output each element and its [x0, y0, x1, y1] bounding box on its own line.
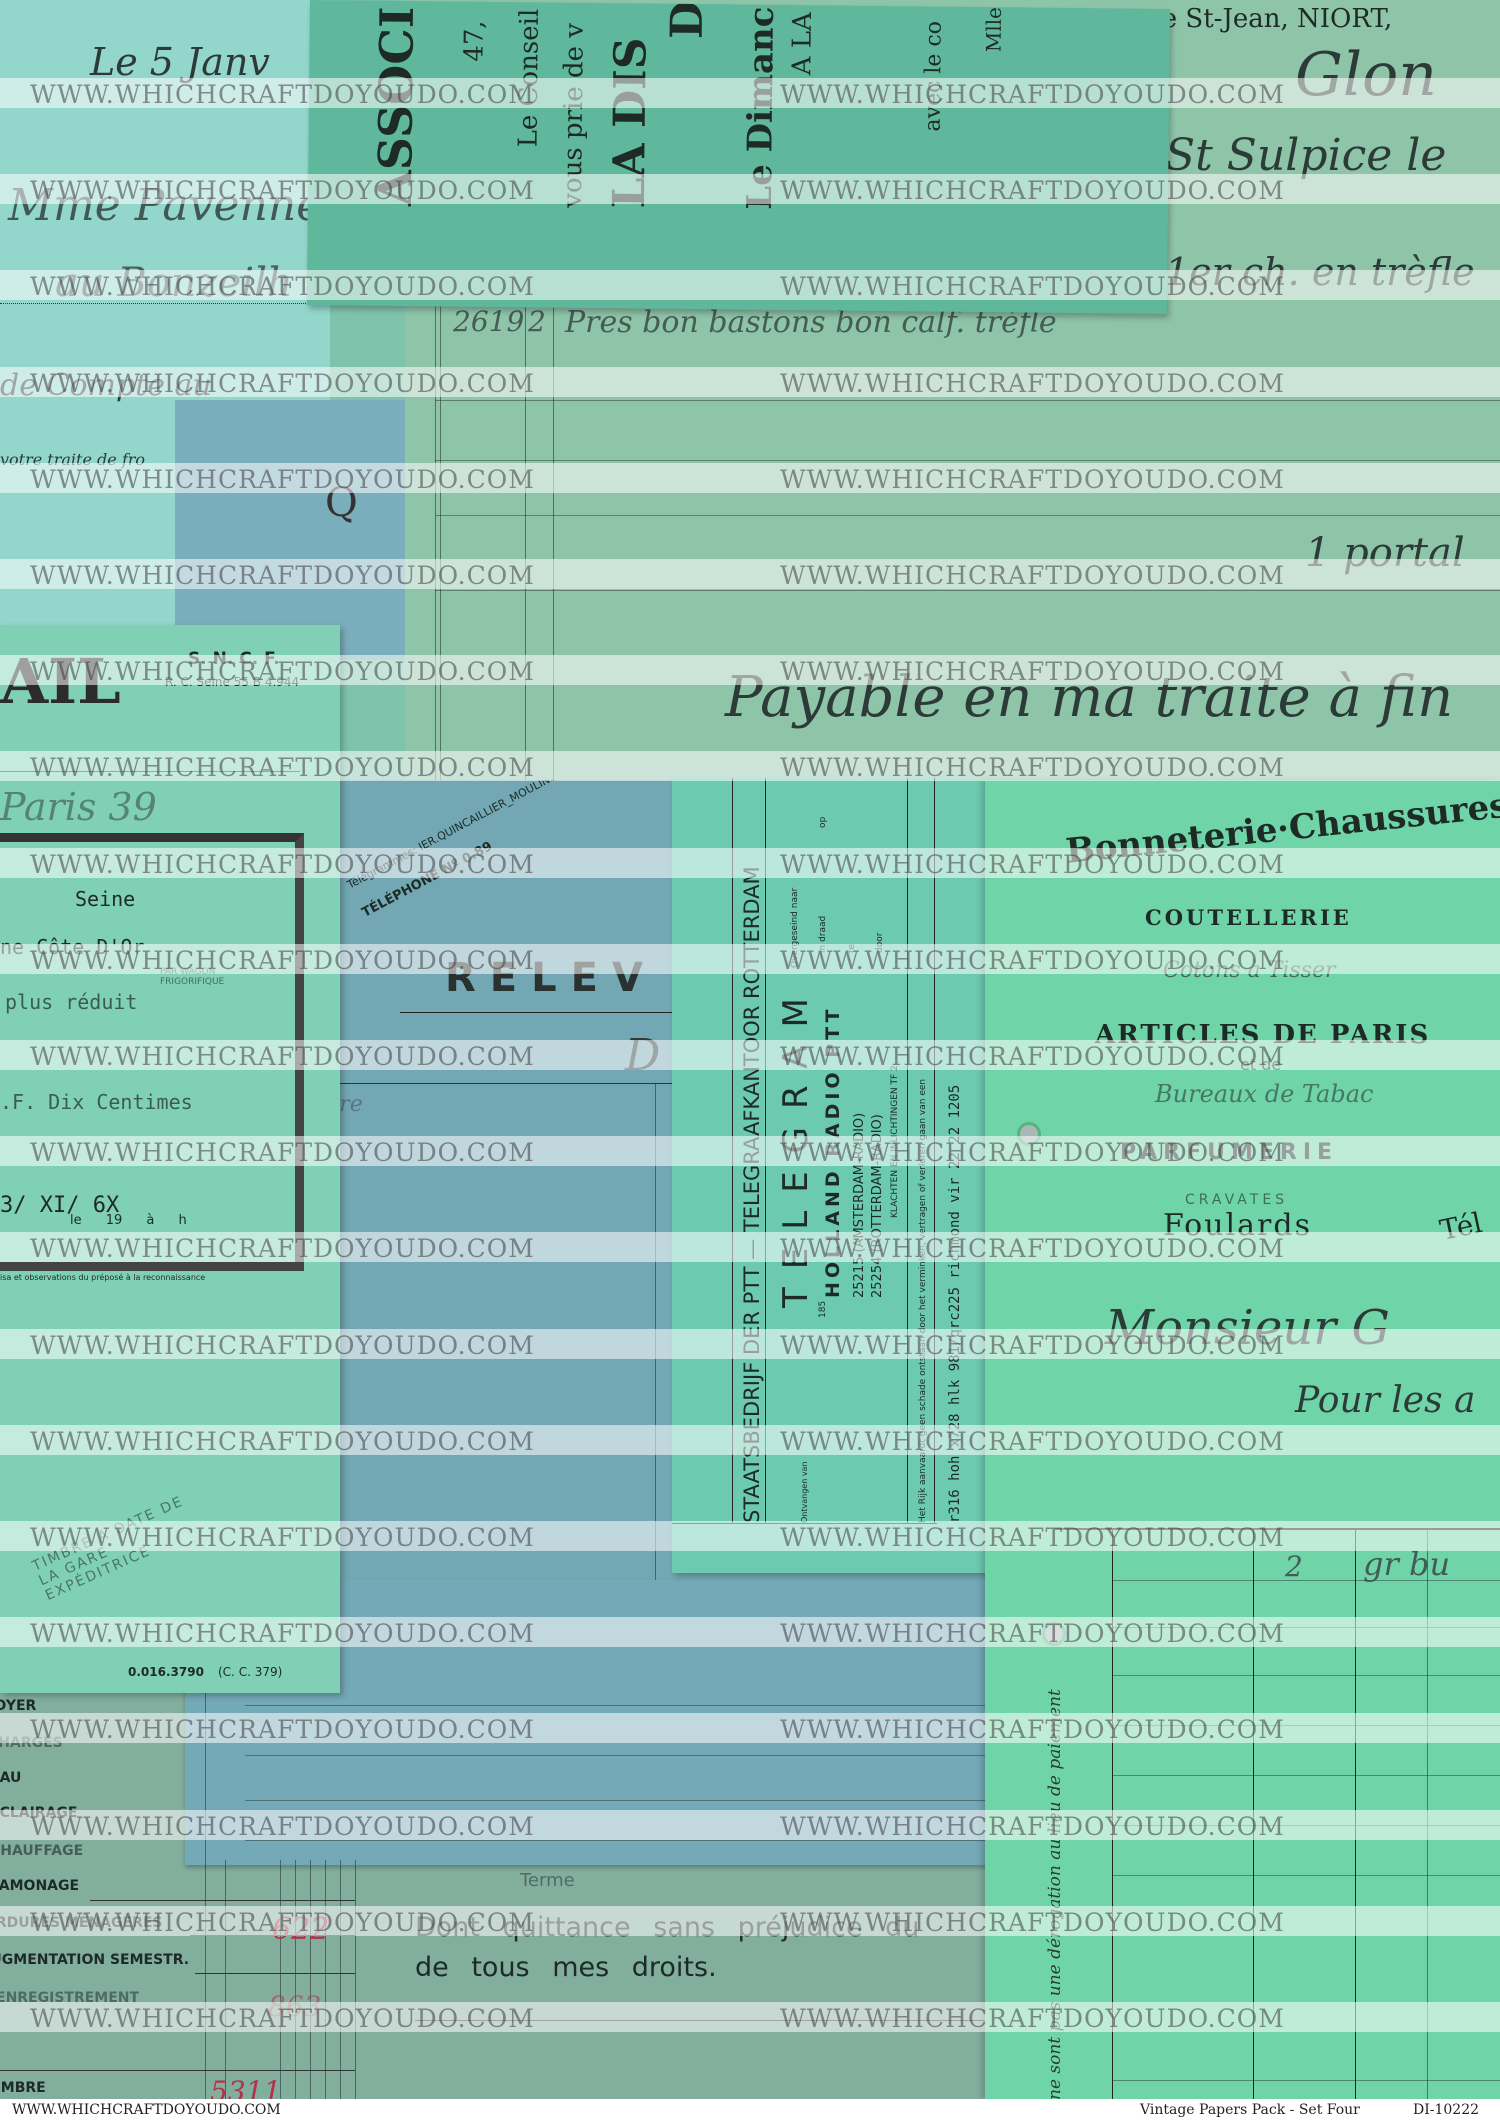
assoc-line-7: Le Dimanc — [740, 6, 782, 210]
bonneterie-hand-pour: Pour les a — [1295, 1380, 1475, 1421]
assoc-line-4: vous prie de v — [558, 23, 590, 208]
sncf-stamp: TIMBRE A DATE DE LA GARE EXPÉDITRICE — [30, 1491, 205, 1604]
letter-traite: votre traite de fro — [0, 450, 145, 469]
association-card: ASSOCI 47, Le Conseil vous prie de v LA … — [307, 0, 1170, 314]
sncf-receipt: AIL S. N. C. F. R. C. Seine 55 B 4.944 P… — [0, 625, 340, 1693]
assoc-line-5: LA DIS — [604, 37, 657, 208]
telegram-line-a: 25215 (AMSTERDAM-RADIO) — [852, 1113, 867, 1298]
bonneterie-line-1: COUTELLERIE — [1145, 905, 1352, 930]
telegram-field-5: op — [818, 817, 828, 828]
bonneterie-line-6: PARFUMERIE — [1120, 1140, 1338, 1165]
sncf-field-centimes: .F. Dix Centimes — [0, 1090, 193, 1114]
telegram-field-1: Overgeseind naar — [790, 888, 800, 968]
footer-title: Vintage Papers Pack - Set Four — [1140, 2102, 1360, 2118]
niort-hand-2: St Sulpice le — [1165, 130, 1446, 181]
footer-code: DI-10222 — [1413, 2102, 1479, 2118]
sncf-form-number: 0.016.3790 — [128, 1665, 204, 1679]
punch-hole — [1045, 1625, 1063, 1643]
bonneterie-line-9: Tél — [1437, 1206, 1485, 1247]
releve-title: RELEV — [445, 955, 657, 1001]
page-footer: WWW.WHICHCRAFTDOYOUDO.COM Vintage Papers… — [0, 2099, 1500, 2121]
telegram-field-4: door — [875, 933, 885, 953]
sncf-big-title: AIL — [0, 645, 121, 718]
letter-address: au Bonzeilh — [55, 260, 293, 306]
niort-header: ue St-Jean, NIORT, — [1145, 4, 1392, 34]
sncf-field-cote: ne Côte D'Or — [0, 935, 145, 959]
bonneterie-line-3: ARTICLES DE PARIS — [1095, 1020, 1430, 1050]
niort-footer-hand: Payable en ma traite à fin — [725, 665, 1453, 730]
bonneterie-line-5: Bureaux de Tabac — [1155, 1080, 1373, 1108]
bonneterie-line-8: Foulards — [1163, 1208, 1312, 1243]
niort-hand-1: Glon — [1295, 40, 1437, 110]
sncf-stamp-wagon: PAR WAGON FRIGORIFIQUE — [160, 967, 270, 987]
telegram-line-b: 25254 (ROTTERDAM-RADIO) — [870, 1114, 885, 1298]
niort-hand-3: 1er ch. en trèfle — [1165, 250, 1475, 294]
bonneterie-row-desc: gr bu — [1363, 1545, 1450, 1583]
telegram-line-c: KLACHTEN EN INLICHTINGEN TF 2 — [890, 1065, 900, 1218]
telegram-header: STAATSBEDRIJF DER PTT — TELEGRAAFKANTOOR… — [740, 866, 764, 1523]
bonneterie-hand-monsieur: Monsieur G — [1105, 1300, 1390, 1356]
sncf-field-seine: Seine — [75, 887, 135, 911]
bonneterie-arch: Bonneterie·Chaussures — [1064, 788, 1486, 872]
letter-compte: de Compte au — [0, 368, 212, 403]
bonneterie-arch-title: Bonneterie·Chaussures — [1064, 786, 1500, 872]
sncf-field-reduit: plus réduit — [5, 990, 137, 1014]
bonneterie-row-qty: 2 — [1285, 1550, 1303, 1583]
sncf-date-labels: le 19 à h — [70, 1213, 187, 1228]
sncf-form-code: (C. C. 379) — [218, 1665, 282, 1679]
telegram-network: HOLLAND RADIO PTT — [822, 1006, 844, 1298]
bonneterie-line-4: et de — [1240, 1055, 1281, 1074]
telegram-code-line: r316 hoh x728 hlk 981/qrc225 richmond vi… — [947, 1085, 963, 1523]
telegram-received-no: 185 — [818, 1301, 828, 1318]
assoc-line-8: A LA — [787, 12, 818, 75]
bonneterie-side-text: ne sont pas une dérogation au lieu de pa… — [1045, 1689, 1065, 2100]
telegram-title: TELEGRAM — [776, 980, 816, 1308]
bonneterie-line-2: Cotons à Tisser — [1163, 958, 1336, 983]
blue-card-letter: Q — [325, 480, 358, 526]
sncf-registry: R. C. Seine 55 B 4.944 — [165, 675, 299, 689]
telegram-received: Ontvangen van — [800, 1461, 809, 1523]
assoc-line-10: Mlle — [981, 7, 1005, 52]
sncf-small-note: isa et observations du préposé à la reco… — [0, 1273, 205, 1282]
assoc-line-3: Le Conseil — [513, 9, 544, 148]
footer-site[interactable]: WWW.WHICHCRAFTDOYOUDO.COM — [12, 2102, 281, 2118]
bonneterie-line-7: CRAVATES — [1185, 1192, 1288, 1208]
sncf-company: S. N. C. F. — [188, 649, 280, 669]
releve-hand-d: D — [625, 1030, 660, 1081]
assoc-line-9: avec le co — [921, 21, 947, 132]
assoc-line-2: 47, — [459, 20, 489, 62]
telegram-field-2: in draad — [818, 916, 828, 953]
niort-row-number: 2619 — [453, 305, 524, 338]
punch-hole — [1020, 1125, 1038, 1143]
niort-hand-4: 1 portal — [1305, 530, 1465, 576]
letter-salutation: Mme Pavenne — [8, 180, 322, 231]
niort-row-qty: 2 — [528, 305, 546, 338]
blue-card: Q — [175, 400, 415, 660]
bonneterie-invoice: Bonneterie·Chaussures COUTELLERIE Cotons… — [985, 780, 1500, 2100]
telegram: STAATSBEDRIJF DER PTT — TELEGRAAFKANTOOR… — [672, 778, 987, 1573]
assoc-line-1: ASSOCI — [368, 6, 424, 206]
assoc-line-6: D — [662, 1, 713, 40]
letter-date: Le 5 Janv — [90, 40, 270, 84]
telegram-field-3: te — [847, 944, 857, 953]
telegram-disclaimer: Het Rijk aanvaardt geen schade ontstaan … — [918, 1079, 928, 1523]
sncf-hand-city: Paris 39 — [0, 785, 157, 829]
